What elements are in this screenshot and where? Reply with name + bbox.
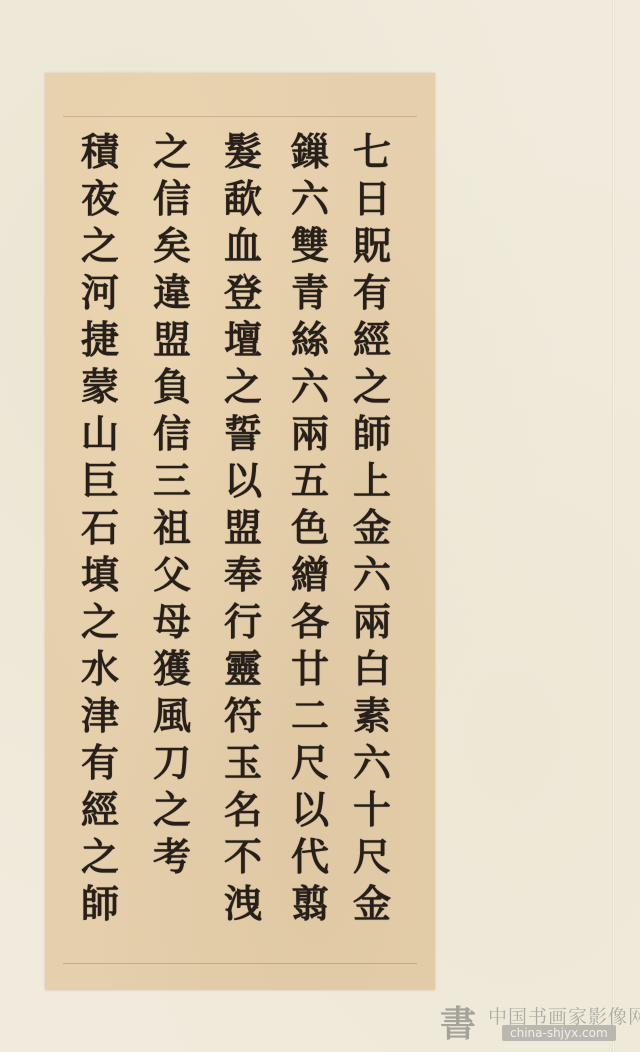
calligraphy-character: 三 [153, 457, 191, 504]
calligraphy-character: 有 [353, 269, 391, 316]
calligraphy-character: 素 [353, 692, 391, 739]
calligraphy-character: 祖 [153, 504, 191, 551]
calligraphy-character: 貺 [353, 222, 391, 269]
calligraphy-character: 不 [224, 833, 262, 880]
calligraphy-character: 奉 [224, 551, 262, 598]
calligraphy-character: 之 [224, 363, 262, 410]
text-column-5: 積夜之河捷蒙山巨石填之水津有經之師 [72, 128, 128, 927]
calligraphy-character: 有 [81, 739, 119, 786]
calligraphy-character: 金 [353, 504, 391, 551]
calligraphy-character: 尺 [353, 833, 391, 880]
calligraphy-character: 捷 [81, 316, 119, 363]
calligraphy-character: 五 [291, 457, 329, 504]
calligraphy-character: 巨 [81, 457, 119, 504]
calligraphy-character: 六 [353, 739, 391, 786]
calligraphy-character: 兩 [291, 410, 329, 457]
calligraphy-character: 風 [153, 692, 191, 739]
calligraphy-character: 信 [153, 410, 191, 457]
calligraphy-character: 鏁 [291, 128, 329, 175]
calligraphy-character: 六 [353, 551, 391, 598]
calligraphy-character: 日 [353, 175, 391, 222]
calligraphy-character: 名 [224, 786, 262, 833]
text-column-1: 七日貺有經之師上金六兩白素六十尺金 [344, 128, 400, 927]
calligraphy-character: 行 [224, 598, 262, 645]
text-column-2: 鏁六雙青絲六兩五色繒各廿二尺以代翦 [282, 128, 338, 927]
calligraphy-character: 六 [291, 175, 329, 222]
calligraphy-character: 青 [291, 269, 329, 316]
site-watermark: 書 中国书画家影像网 china-shjyx.com [438, 1000, 638, 1048]
calligraphy-character: 師 [353, 410, 391, 457]
calligraphy-character: 獲 [153, 645, 191, 692]
calligraphy-character: 負 [153, 363, 191, 410]
calligraphy-character: 之 [153, 786, 191, 833]
calligraphy-character: 兩 [353, 598, 391, 645]
calligraphy-character: 津 [81, 692, 119, 739]
calligraphy-character: 之 [81, 833, 119, 880]
calligraphy-character: 刀 [153, 739, 191, 786]
mount-fold-line [612, 0, 615, 1052]
watermark-url: china-shjyx.com [502, 1025, 616, 1041]
calligraphy-character: 登 [224, 269, 262, 316]
calligraphy-character: 蒙 [81, 363, 119, 410]
calligraphy-character: 壇 [224, 316, 262, 363]
calligraphy-character: 髮 [224, 128, 262, 175]
calligraphy-character: 絲 [291, 316, 329, 363]
calligraphy-character: 繒 [291, 551, 329, 598]
calligraphy-character: 歃 [224, 175, 262, 222]
calligraphy-character: 血 [224, 222, 262, 269]
calligraphy-character: 金 [353, 880, 391, 927]
calligraphy-character: 洩 [224, 880, 262, 927]
calligraphy-character: 積 [81, 128, 119, 175]
calligraphy-character: 十 [353, 786, 391, 833]
calligraphy-character: 上 [353, 457, 391, 504]
calligraphy-character: 河 [81, 269, 119, 316]
calligraphy-character: 雙 [291, 222, 329, 269]
calligraphy-character: 廿 [291, 645, 329, 692]
text-column-4: 之信矣違盟負信三祖父母獲風刀之考 [144, 128, 200, 880]
calligraphy-character: 經 [353, 316, 391, 363]
calligraphy-character: 翦 [291, 880, 329, 927]
calligraphy-character: 七 [353, 128, 391, 175]
calligraphy-character: 玉 [224, 739, 262, 786]
calligraphy-character: 之 [153, 128, 191, 175]
calligraphy-character: 之 [353, 363, 391, 410]
calligraphy-leaf: 七日貺有經之師上金六兩白素六十尺金 鏁六雙青絲六兩五色繒各廿二尺以代翦 髮歃血登… [45, 73, 435, 990]
watermark-seal-icon: 書 [440, 1004, 476, 1044]
calligraphy-character: 盟 [153, 316, 191, 363]
calligraphy-character: 師 [81, 880, 119, 927]
calligraphy-character: 父 [153, 551, 191, 598]
text-column-3: 髮歃血登壇之誓以盟奉行靈符玉名不洩 [215, 128, 271, 927]
calligraphy-character: 經 [81, 786, 119, 833]
calligraphy-character: 各 [291, 598, 329, 645]
calligraphy-character: 違 [153, 269, 191, 316]
calligraphy-character: 之 [81, 222, 119, 269]
calligraphy-character: 石 [81, 504, 119, 551]
leaf-ruled-line-top [63, 116, 417, 117]
calligraphy-character: 靈 [224, 645, 262, 692]
calligraphy-character: 符 [224, 692, 262, 739]
calligraphy-character: 信 [153, 175, 191, 222]
calligraphy-character: 白 [353, 645, 391, 692]
leaf-ruled-line-bottom [63, 963, 417, 964]
album-mount: 七日貺有經之師上金六兩白素六十尺金 鏁六雙青絲六兩五色繒各廿二尺以代翦 髮歃血登… [0, 0, 640, 1052]
calligraphy-character: 色 [291, 504, 329, 551]
calligraphy-character: 誓 [224, 410, 262, 457]
calligraphy-character: 尺 [291, 739, 329, 786]
calligraphy-character: 之 [81, 598, 119, 645]
calligraphy-character: 以 [224, 457, 262, 504]
calligraphy-character: 盟 [224, 504, 262, 551]
calligraphy-character: 山 [81, 410, 119, 457]
calligraphy-character: 代 [291, 833, 329, 880]
calligraphy-character: 以 [291, 786, 329, 833]
calligraphy-character: 填 [81, 551, 119, 598]
calligraphy-character: 母 [153, 598, 191, 645]
calligraphy-character: 夜 [81, 175, 119, 222]
calligraphy-character: 二 [291, 692, 329, 739]
calligraphy-character: 考 [153, 833, 191, 880]
calligraphy-character: 水 [81, 645, 119, 692]
calligraphy-character: 矣 [153, 222, 191, 269]
calligraphy-character: 六 [291, 363, 329, 410]
